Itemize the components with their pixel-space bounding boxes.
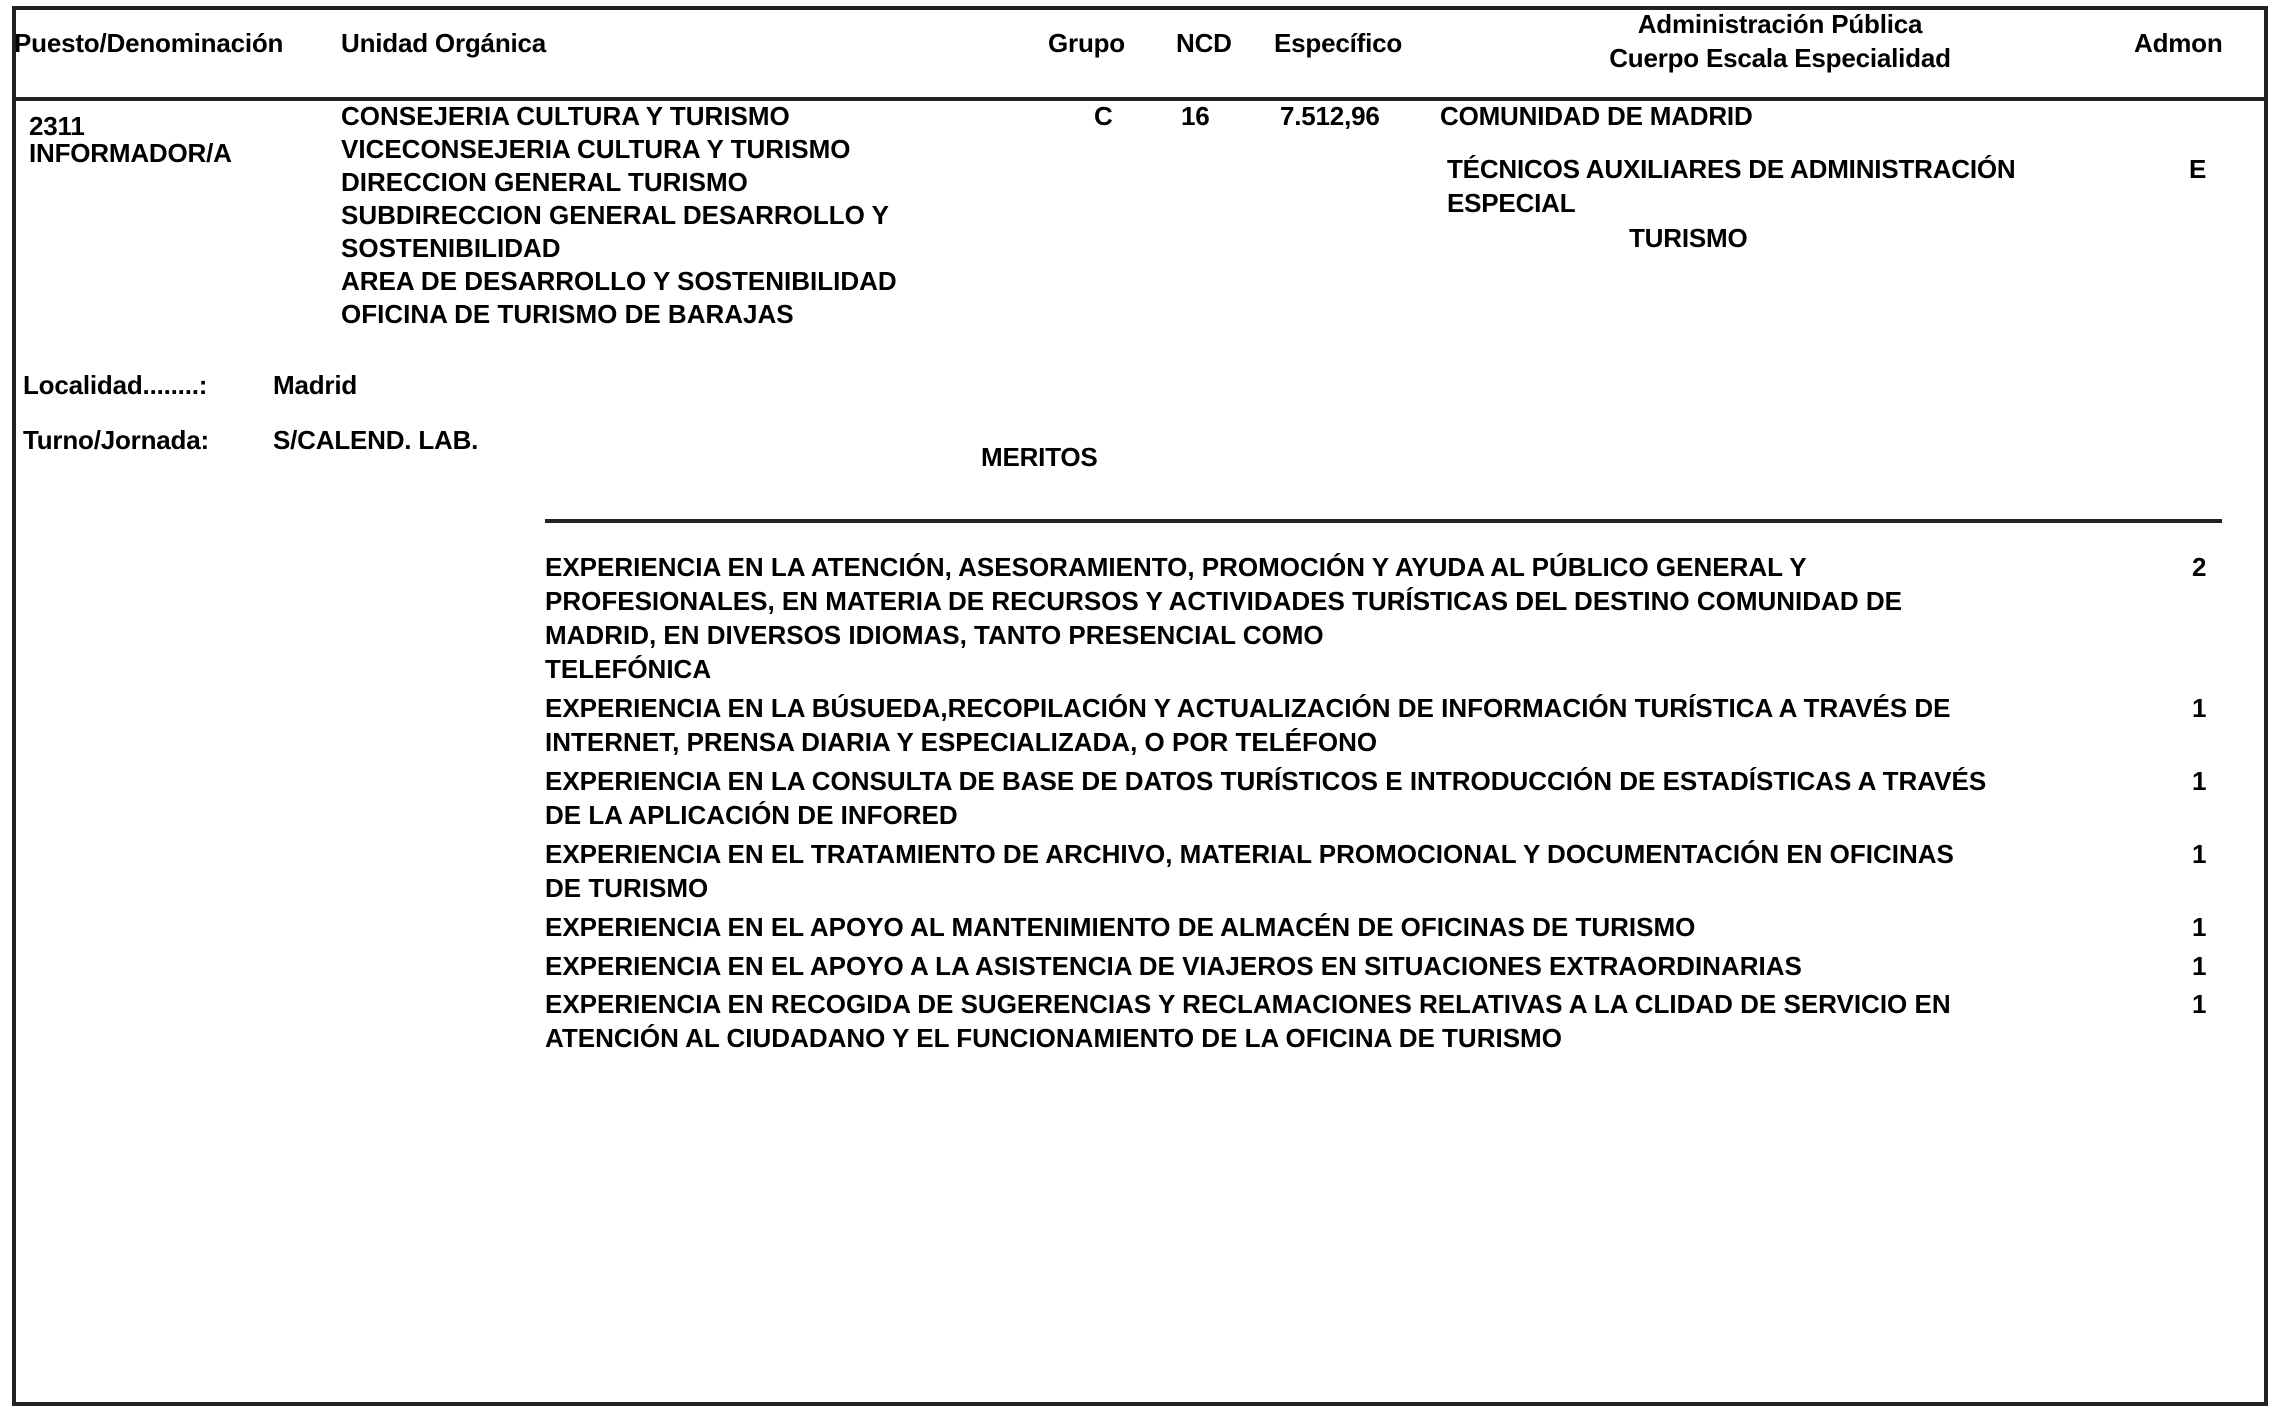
- localidad-value: Madrid: [273, 369, 357, 402]
- administracion-value: COMUNIDAD DE MADRID: [1440, 100, 1753, 133]
- merit-text: EXPERIENCIA EN EL APOYO A LA ASISTENCIA …: [545, 949, 2045, 983]
- admon-value: E: [2189, 153, 2206, 186]
- cuerpo-value-cont: ESPECIAL: [1447, 187, 1575, 220]
- merit-text: EXPERIENCIA EN LA BÚSUEDA,RECOPILACIÓN Y…: [545, 691, 2035, 759]
- unidad-organica: CONSEJERIA CULTURA Y TURISMO VICECONSEJE…: [341, 100, 897, 331]
- merit-item: EXPERIENCIA EN EL TRATAMIENTO DE ARCHIVO…: [545, 837, 2045, 905]
- merit-item: EXPERIENCIA EN LA BÚSUEDA,RECOPILACIÓN Y…: [545, 691, 2045, 759]
- especifico-value: 7.512,96: [1280, 100, 1380, 133]
- merit-text: EXPERIENCIA EN RECOGIDA DE SUGERENCIAS Y…: [545, 987, 2045, 1055]
- localidad-label: Localidad........:: [23, 369, 207, 402]
- turno-value: S/CALEND. LAB.: [273, 424, 478, 457]
- unidad-line: SOSTENIBILIDAD: [341, 232, 897, 265]
- header-cuerpo-escala-especialidad: Cuerpo Escala Especialidad: [1560, 42, 2000, 75]
- header-admin-publica: Administración Pública: [1560, 8, 2000, 41]
- merit-item: EXPERIENCIA EN LA ATENCIÓN, ASESORAMIENT…: [545, 550, 2045, 686]
- merit-text: EXPERIENCIA EN LA CONSULTA DE BASE DE DA…: [545, 764, 2025, 832]
- unidad-line: SUBDIRECCION GENERAL DESARROLLO Y: [341, 199, 897, 232]
- merit-value: 1: [2192, 764, 2206, 798]
- header-especifico: Específico: [1274, 27, 1402, 60]
- cuerpo-value: TÉCNICOS AUXILIARES DE ADMINISTRACIÓN: [1447, 153, 2015, 186]
- unidad-line: AREA DE DESARROLLO Y SOSTENIBILIDAD: [341, 265, 897, 298]
- merit-value: 1: [2192, 949, 2206, 983]
- merit-value: 1: [2192, 987, 2206, 1021]
- merit-item: EXPERIENCIA EN EL APOYO AL MANTENIMIENTO…: [545, 910, 2045, 944]
- header-puesto: Puesto/Denominación: [14, 27, 283, 60]
- unidad-line: CONSEJERIA CULTURA Y TURISMO: [341, 100, 897, 133]
- merit-text-cont: TELEFÓNICA: [545, 652, 2045, 686]
- puesto-denominacion: INFORMADOR/A: [29, 137, 232, 170]
- merit-item: EXPERIENCIA EN RECOGIDA DE SUGERENCIAS Y…: [545, 987, 2045, 1055]
- especialidad-value: TURISMO: [1629, 222, 1747, 255]
- unidad-line: VICECONSEJERIA CULTURA Y TURISMO: [341, 133, 897, 166]
- merit-value: 1: [2192, 691, 2206, 725]
- header-unidad-organica: Unidad Orgánica: [341, 27, 546, 60]
- header-grupo: Grupo: [1048, 27, 1125, 60]
- header-admon: Admon: [2134, 27, 2223, 60]
- merit-item: EXPERIENCIA EN LA CONSULTA DE BASE DE DA…: [545, 764, 2045, 832]
- meritos-title: MERITOS: [981, 441, 1098, 474]
- turno-label: Turno/Jornada:: [23, 424, 209, 457]
- merit-value: 1: [2192, 910, 2206, 944]
- merit-value: 1: [2192, 837, 2206, 871]
- merit-text: EXPERIENCIA EN EL TRATAMIENTO DE ARCHIVO…: [545, 837, 1985, 905]
- merit-text: EXPERIENCIA EN LA ATENCIÓN, ASESORAMIENT…: [545, 550, 2015, 652]
- merit-text: EXPERIENCIA EN EL APOYO AL MANTENIMIENTO…: [545, 910, 2045, 944]
- merit-value: 2: [2192, 550, 2206, 584]
- unidad-line: DIRECCION GENERAL TURISMO: [341, 166, 897, 199]
- meritos-divider: [545, 519, 2222, 523]
- ncd-value: 16: [1181, 100, 1210, 133]
- grupo-value: C: [1094, 100, 1113, 133]
- merit-item: EXPERIENCIA EN EL APOYO A LA ASISTENCIA …: [545, 949, 2045, 983]
- header-ncd: NCD: [1176, 27, 1232, 60]
- unidad-line: OFICINA DE TURISMO DE BARAJAS: [341, 298, 897, 331]
